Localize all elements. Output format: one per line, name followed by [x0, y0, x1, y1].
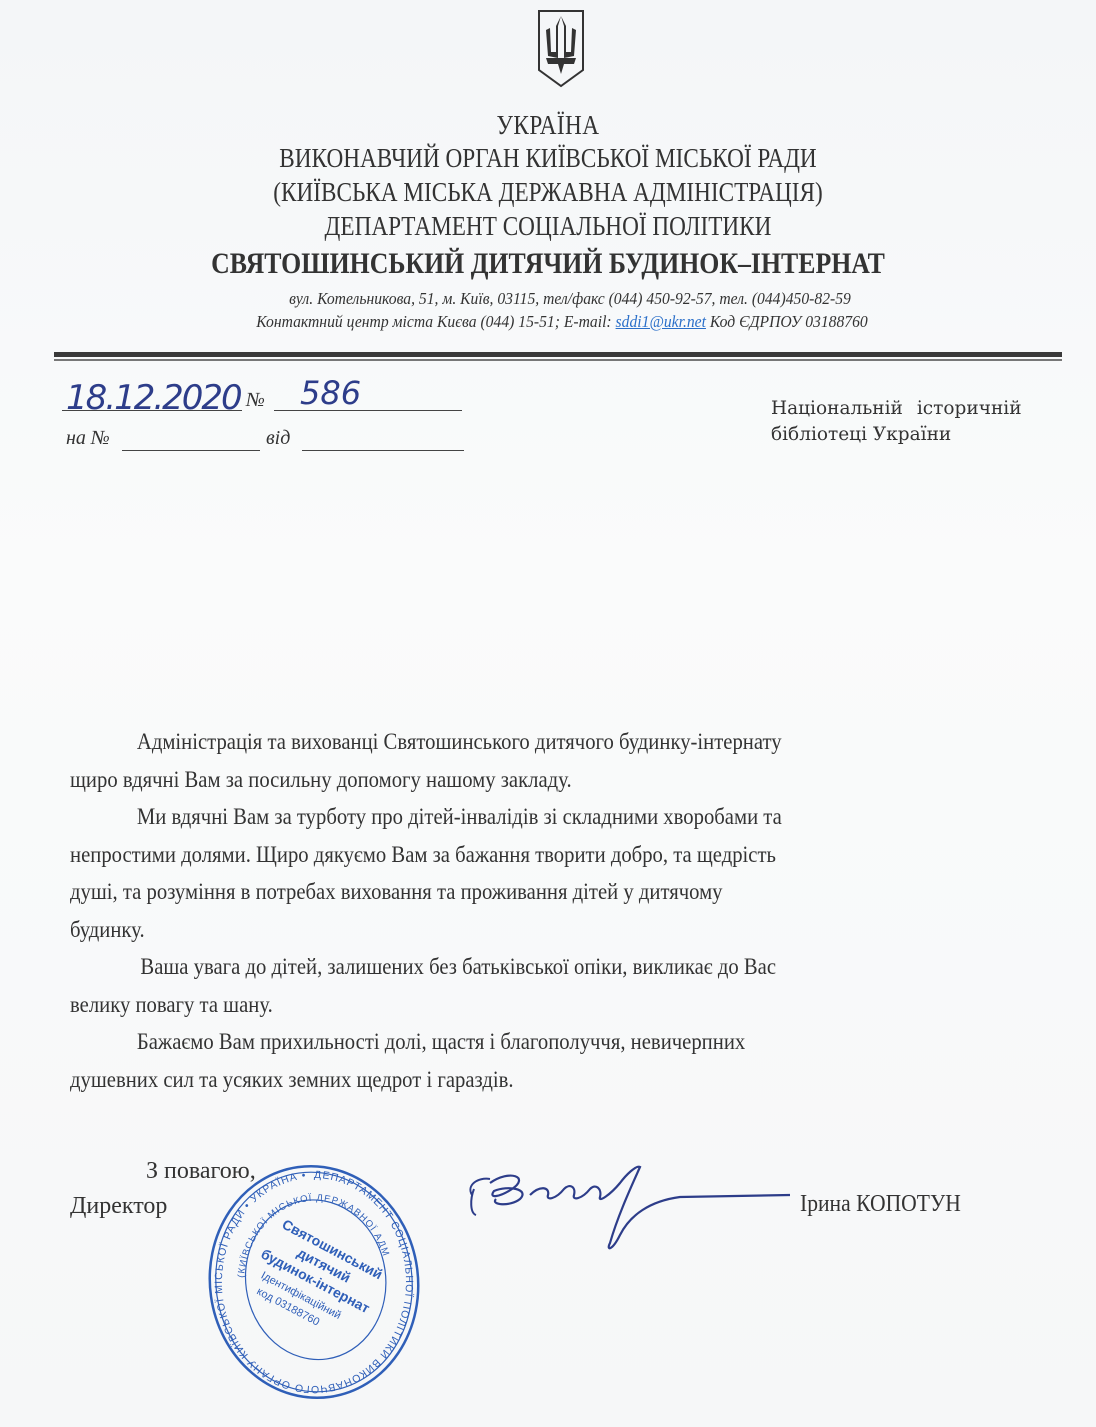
trident-coat-of-arms-icon — [536, 8, 586, 88]
institution-name: СВЯТОШИНСЬКИЙ ДИТЯЧИЙ БУДИНОК–ІНТЕРНАТ — [77, 247, 1020, 281]
body-line: велику повагу та шану. — [70, 987, 932, 1025]
header-divider-thin — [54, 359, 1062, 361]
reply-to-underline — [122, 450, 260, 451]
reply-to-label: на № — [66, 427, 110, 450]
number-underline — [274, 410, 462, 411]
department-name: ДЕПАРТАМЕНТ СОЦІАЛЬНОЇ ПОЛІТИКИ — [77, 211, 1020, 242]
body-line: Бажаємо Вам прихильності долі, щастя і б… — [70, 1024, 932, 1062]
org-name: ВИКОНАВЧИЙ ОРГАН КИЇВСЬКОЇ МІСЬКОЇ РАДИ — [77, 143, 1020, 174]
closing-position: Директор — [70, 1193, 167, 1220]
body-line: Ми вдячні Вам за турботу про дітей-інвал… — [70, 799, 932, 837]
handwritten-signature — [460, 1155, 800, 1255]
addressee-line2: бібліотеці України — [771, 422, 1022, 448]
address-line: вул. Котельникова, 51, м. Київ, 03115, т… — [66, 289, 1074, 309]
header-divider — [54, 352, 1062, 357]
number-label: № — [246, 389, 265, 412]
addressee-line1b: історичній — [917, 398, 1022, 419]
letter-body: Адміністрація та вихованці Святошинськог… — [70, 724, 1050, 1099]
org-subname: (КИЇВСЬКА МІСЬКА ДЕРЖАВНА АДМІНІСТРАЦІЯ) — [77, 177, 1020, 208]
official-stamp: ДЕПАРТАМЕНТ СОЦІАЛЬНОЇ ПОЛІТИКИ ВИКОНАВЧ… — [204, 1158, 424, 1408]
contact-line: Контактний центр міста Києва (044) 15-51… — [58, 312, 1066, 332]
from-label: від — [266, 427, 290, 450]
country-name: УКРАЇНА — [77, 110, 1020, 141]
body-line: душі, та розуміння в потребах виховання … — [70, 874, 932, 912]
signer-name: Ірина КОПОТУН — [800, 1191, 961, 1218]
email-link[interactable]: sddi1@ukr.net — [616, 312, 706, 331]
body-line: непростими долями. Щиро дякуємо Вам за б… — [70, 837, 932, 875]
body-line: душевних сил та усяких земних щедрот і г… — [70, 1062, 932, 1100]
addressee-line1a: Національній — [771, 398, 903, 419]
handwritten-number: 586 — [300, 374, 361, 412]
from-underline — [302, 450, 464, 451]
contact-prefix: Контактний центр міста Києва (044) 15-51… — [256, 312, 615, 331]
contact-suffix: Код ЄДРПОУ 03188760 — [706, 312, 868, 331]
body-line: Ваша увага до дітей, залишених без батьк… — [70, 949, 932, 987]
body-line: будинку. — [70, 912, 932, 950]
handwritten-date: 18.12.2020 — [66, 378, 241, 418]
body-line: Адміністрація та вихованці Святошинськог… — [70, 724, 932, 762]
addressee: Національнійісторичній бібліотеці Україн… — [771, 396, 1022, 448]
letter-page: УКРАЇНА ВИКОНАВЧИЙ ОРГАН КИЇВСЬКОЇ МІСЬК… — [0, 0, 1096, 1427]
body-line: щиро вдячні Вам за посильну допомогу наш… — [70, 762, 932, 800]
date-underline — [62, 410, 242, 411]
